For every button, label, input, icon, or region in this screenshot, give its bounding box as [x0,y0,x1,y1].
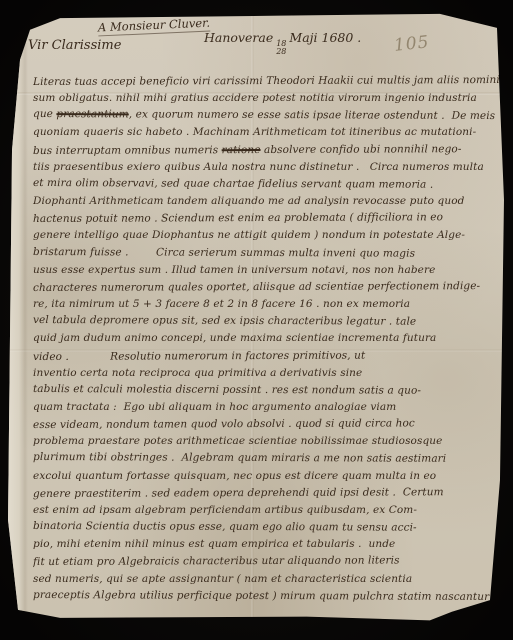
dateline: Hanoverae1828Maji 1680 . [204,30,361,56]
line-text: , ex quorum numero se esse satis ipsae l… [129,109,495,123]
manuscript-photo: A Monsieur Cluver. Vir Clarissime Hanove… [0,0,513,640]
line-text: characteres numerorum quales oportet, al… [33,280,480,294]
manuscript-line: sum obligatus. nihil mihi gratius accide… [33,90,501,107]
letter-body: Literas tuas accepi beneficio viri caris… [33,73,501,607]
manuscript-line: praeceptis Algebra utilius perficique po… [33,587,501,606]
manuscript-line: quam tractata : Ego ubi aliquam in hoc a… [33,399,501,416]
dateline-month-year: Maji 1680 . [289,30,361,45]
line-text: tiis praesentibus exiero quibus Aula nos… [33,161,484,173]
line-text: pio, mihi etenim nihil minus est quam em… [33,538,395,550]
manuscript-line: inventio certa nota reciproca qua primit… [33,365,501,382]
line-text: hactenus potuit nemo . Sciendum est enim… [33,211,443,225]
line-text: vel tabula depromere opus sit, sed ex ip… [33,314,416,328]
line-text: quam tractata : Ego ubi aliquam in hoc a… [33,401,396,413]
manuscript-line: genere intelligo quae Diophantus ne atti… [33,227,501,244]
line-text: Literas tuas accepi beneficio viri caris… [33,74,501,88]
manuscript-line: genere praestiterim . sed eadem opera de… [33,484,501,503]
manuscript-line: Literas tuas accepi beneficio viri caris… [33,73,501,91]
line-text: Diophanti Arithmeticam tandem aliquando … [33,195,464,207]
line-text: sum obligatus. nihil mihi gratius accide… [33,92,477,104]
line-text: et mira olim observavi, sed quae chartae… [33,177,433,191]
manuscript-line: quoniam quaeris sic habeto . Machinam Ar… [33,124,501,141]
manuscript-line: re, ita nimirum ut 5 + 3 facere 8 et 2 i… [33,296,501,313]
manuscript-line: bristarum fuisse . Circa serierum summas… [33,244,501,263]
manuscript-line: plurimum tibi obstringes . Algebram quam… [33,449,501,468]
date-fraction: 1828 [276,40,286,56]
manuscript-line: fit ut etiam pro Algebraicis characterib… [33,552,501,571]
line-text: genere praestiterim . sed eadem opera de… [33,486,444,500]
line-text: excolui quantum fortasse quisquam, nec o… [33,470,436,482]
manuscript-line: esse videam, nondum tamen quod volo abso… [33,415,501,434]
photo-backdrop: { "colors": { "backdrop": "#0b0908", "pa… [0,0,513,640]
manuscript-line: tiis praesentibus exiero quibus Aula nos… [33,159,501,176]
dateline-place: Hanoverae [204,30,273,45]
date-gregorian: 28 [276,48,286,56]
manuscript-line: tabulis et calculi molestia discerni pos… [33,381,501,400]
line-text: bus interruptam omnibus numeris [33,144,222,157]
manuscript-page: A Monsieur Cluver. Vir Clarissime Hanove… [6,12,507,624]
line-text: quid jam dudum animo concepi, unde maxim… [33,332,436,344]
line-text: fit ut etiam pro Algebraicis characterib… [33,555,400,569]
line-text: praeceptis Algebra utilius perficique po… [33,589,489,603]
line-text: que [33,108,56,120]
line-text: usus esse expertus sum . Illud tamen in … [33,264,435,276]
line-text: esse videam, nondum tamen quod volo abso… [33,417,415,431]
salutation: Vir Clarissime [28,38,121,53]
line-text: video . Resolutio numerorum in factores … [33,349,365,362]
line-text: sed numeris, qui se apte assignantur ( n… [33,573,412,585]
line-text: genere intelligo quae Diophantus ne atti… [33,229,465,241]
manuscript-line: pio, mihi etenim nihil minus est quam em… [33,536,501,553]
manuscript-line: et mira olim observavi, sed quae chartae… [33,175,501,194]
manuscript-line: bus interruptam omnibus numeris ratione … [33,141,501,160]
address-line: A Monsieur Cluver. [98,16,211,37]
left-fold-crease [8,43,28,612]
line-text: re, ita nimirum ut 5 + 3 facere 8 et 2 i… [33,298,410,310]
line-text: est enim ad ipsam algebram perficiendam … [33,504,417,516]
struck-word: praestantium [56,108,128,120]
line-text: quoniam quaeris sic habeto . Machinam Ar… [33,126,476,138]
manuscript-line: problema praestare potes arithmeticae sc… [33,433,501,450]
manuscript-line: est enim ad ipsam algebram perficiendam … [33,502,501,519]
line-text: tabulis et calculi molestia discerni pos… [33,383,421,397]
manuscript-line: excolui quantum fortasse quisquam, nec o… [33,468,501,485]
manuscript-line: vel tabula depromere opus sit, sed ex ip… [33,312,501,331]
line-text: inventio certa nota reciproca qua primit… [33,367,362,379]
manuscript-line: quid jam dudum animo concepi, unde maxim… [33,330,501,347]
folio-number: 105 [393,32,430,56]
line-text: problema praestare potes arithmeticae sc… [33,435,442,447]
manuscript-line: Diophanti Arithmeticam tandem aliquando … [33,193,501,210]
manuscript-line: usus esse expertus sum . Illud tamen in … [33,262,501,279]
manuscript-line: sed numeris, qui se apte assignantur ( n… [33,571,501,588]
line-text: binatoria Scientia ductis opus esse, qua… [33,520,417,534]
line-text: absolvere confido ubi nonnihil nego- [261,143,462,156]
manuscript-line: video . Resolutio numerorum in factores … [33,346,501,365]
manuscript-line: characteres numerorum quales oportet, al… [33,278,501,297]
manuscript-line: que praestantium, ex quorum numero se es… [33,106,501,125]
line-text: bristarum fuisse . Circa serierum summas… [33,246,415,260]
struck-word: ratione [222,144,261,156]
manuscript-line: hactenus potuit nemo . Sciendum est enim… [33,209,501,228]
line-text: plurimum tibi obstringes . Algebram quam… [33,451,446,465]
manuscript-line: binatoria Scientia ductis opus esse, qua… [33,518,501,537]
